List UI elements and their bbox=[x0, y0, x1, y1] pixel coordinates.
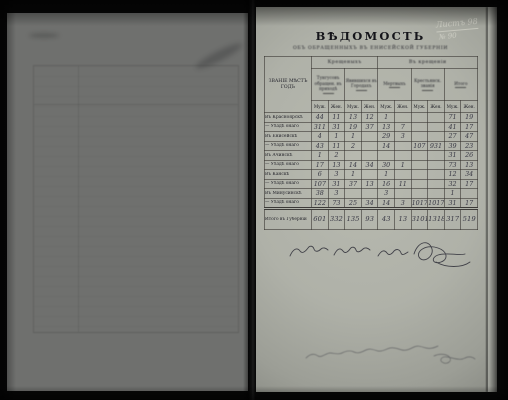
data-cell bbox=[394, 170, 411, 180]
data-cell: 17 bbox=[461, 179, 478, 189]
data-cell bbox=[361, 132, 378, 142]
data-cell bbox=[411, 160, 428, 170]
data-cell: 11 bbox=[394, 179, 411, 189]
column-group-header: Въ крещеніи bbox=[378, 57, 478, 69]
data-cell: 47 bbox=[461, 132, 478, 142]
data-cell bbox=[428, 132, 445, 142]
table-row: — Уѣздѣ онаго3113119371374117 bbox=[265, 122, 478, 132]
pencil-footnote bbox=[300, 342, 492, 372]
right-page: Листъ 98 № 90 ВѢДОМОСТЬ ОБЪ ОБРАЩЕННЫХЪ … bbox=[256, 7, 497, 392]
data-cell bbox=[428, 151, 445, 161]
sex-header: Муж. bbox=[411, 101, 428, 113]
data-cell: 1 bbox=[312, 151, 329, 161]
data-cell: 1 bbox=[328, 132, 345, 142]
total-cell: 519 bbox=[461, 208, 478, 229]
data-cell: 13 bbox=[328, 160, 345, 170]
data-cell bbox=[378, 151, 395, 161]
total-cell: 13 bbox=[394, 208, 411, 229]
data-cell: 14 bbox=[378, 141, 395, 151]
page-title: ВѢДОМОСТЬ bbox=[264, 29, 477, 43]
data-cell bbox=[411, 132, 428, 142]
data-cell: 3 bbox=[378, 189, 395, 199]
data-cell: 31 bbox=[444, 198, 461, 208]
data-cell bbox=[345, 151, 362, 161]
subheader-label: Мертвыхъ bbox=[378, 81, 410, 86]
row-label: — Уѣздѣ онаго bbox=[265, 179, 312, 189]
data-cell: 3 bbox=[328, 189, 345, 199]
subheader-rule bbox=[389, 87, 400, 88]
data-cell bbox=[428, 170, 445, 180]
data-cell bbox=[361, 170, 378, 180]
data-cell: 931 bbox=[428, 141, 445, 151]
column-subheader: Тунгусовъ обращен. въ приходѣ bbox=[312, 69, 345, 101]
data-cell: 4 bbox=[312, 132, 329, 142]
data-cell: 2 bbox=[345, 141, 362, 151]
sex-header: Жен. bbox=[328, 101, 345, 113]
data-cell: 1 bbox=[444, 189, 461, 199]
sex-header: Муж. bbox=[444, 101, 461, 113]
governor-signature bbox=[286, 232, 484, 274]
data-cell bbox=[411, 179, 428, 189]
data-cell: 2 bbox=[328, 151, 345, 161]
data-cell: 1017 bbox=[428, 198, 445, 208]
data-cell: 14 bbox=[378, 198, 395, 208]
data-cell: 39 bbox=[444, 141, 461, 151]
subheader-rule bbox=[422, 90, 433, 91]
column-subheader: Крестьянск. званія bbox=[411, 69, 444, 101]
data-cell: 34 bbox=[361, 160, 378, 170]
data-cell: 71 bbox=[444, 113, 461, 123]
data-cell: 37 bbox=[361, 122, 378, 132]
table-row: — Уѣздѣ онаго43112141079313923 bbox=[265, 141, 478, 151]
data-cell: 17 bbox=[312, 160, 329, 170]
subheader-label: Крестьянск. званія bbox=[412, 78, 444, 89]
data-cell bbox=[428, 113, 445, 123]
data-cell: 1 bbox=[345, 170, 362, 180]
data-cell: 1017 bbox=[411, 198, 428, 208]
row-label: Въ Ачинскѣ bbox=[265, 151, 312, 161]
data-cell: 31 bbox=[328, 122, 345, 132]
table-row: Въ Красноярскѣ4411131217119 bbox=[265, 113, 478, 123]
data-cell bbox=[428, 160, 445, 170]
ink-smudge bbox=[29, 33, 59, 38]
data-cell: 1 bbox=[378, 170, 395, 180]
data-cell: 12 bbox=[444, 170, 461, 180]
data-cell: 11 bbox=[328, 113, 345, 123]
subheader-label: Тунгусовъ обращен. въ приходѣ bbox=[312, 75, 344, 91]
data-cell bbox=[411, 113, 428, 123]
subheader-rule bbox=[356, 90, 367, 91]
total-cell: 332 bbox=[328, 208, 345, 229]
data-cell: 19 bbox=[461, 113, 478, 123]
subheader-rule bbox=[323, 93, 334, 94]
bleedthrough-table-ghost bbox=[33, 65, 239, 333]
corner-header-line1: ЗВАНІЕ МѢСТЪ bbox=[265, 79, 311, 85]
data-cell: 11 bbox=[328, 141, 345, 151]
data-cell: 13 bbox=[378, 122, 395, 132]
data-cell: 34 bbox=[461, 170, 478, 180]
data-cell bbox=[361, 151, 378, 161]
table-row: — Уѣздѣ онаго122732534143101710173117 bbox=[265, 198, 478, 208]
data-cell: 122 bbox=[312, 198, 329, 208]
subheader-label: Итого bbox=[445, 81, 477, 86]
data-cell: 30 bbox=[378, 160, 395, 170]
data-cell bbox=[411, 170, 428, 180]
sex-header: Жен. bbox=[361, 101, 378, 113]
sex-header: Муж. bbox=[312, 101, 329, 113]
total-cell: 601 bbox=[312, 208, 329, 229]
data-cell: 1 bbox=[345, 132, 362, 142]
data-cell bbox=[411, 189, 428, 199]
table-row: — Уѣздѣ онаго171314343017313 bbox=[265, 160, 478, 170]
total-cell: 135 bbox=[345, 208, 362, 229]
table-corner-header: ЗВАНІЕ МѢСТЪГОДЪ bbox=[265, 57, 312, 113]
data-cell: 13 bbox=[345, 113, 362, 123]
data-cell bbox=[394, 189, 411, 199]
total-cell: 93 bbox=[361, 208, 378, 229]
row-label: Въ Енисейскѣ bbox=[265, 132, 312, 142]
total-cell: 317 bbox=[444, 208, 461, 229]
corner-header-line2: ГОДЪ bbox=[265, 85, 311, 91]
table-row: Въ Канскѣ63111234 bbox=[265, 170, 478, 180]
left-page bbox=[7, 13, 248, 391]
header-group-row: ЗВАНІЕ МѢСТЪГОДЪКрещеныхъВъ крещеніи bbox=[265, 57, 478, 69]
data-cell: 19 bbox=[345, 122, 362, 132]
data-cell: 3 bbox=[394, 132, 411, 142]
data-cell: 6 bbox=[312, 170, 329, 180]
row-label: — Уѣздѣ онаго bbox=[265, 160, 312, 170]
data-cell bbox=[428, 122, 445, 132]
page-edge bbox=[488, 7, 497, 392]
data-cell bbox=[411, 151, 428, 161]
sex-header: Жен. bbox=[394, 101, 411, 113]
sex-header: Муж. bbox=[378, 101, 395, 113]
data-cell bbox=[428, 189, 445, 199]
data-cell: 3 bbox=[328, 170, 345, 180]
column-subheader: Итого bbox=[444, 69, 477, 101]
data-cell: 1 bbox=[378, 113, 395, 123]
total-label: Итого въ Губерніи bbox=[265, 208, 312, 229]
column-group-header: Крещеныхъ bbox=[312, 57, 378, 69]
data-cell bbox=[361, 189, 378, 199]
data-cell: 3 bbox=[394, 198, 411, 208]
page-subtitle: ОБЪ ОБРАЩЕННЫХЪ ВЪ ЕНИСЕЙСКОЙ ГУБЕРНІИ bbox=[264, 46, 477, 51]
sex-header: Жен. bbox=[428, 101, 445, 113]
data-cell: 27 bbox=[444, 132, 461, 142]
data-cell: 38 bbox=[312, 189, 329, 199]
data-cell: 107 bbox=[312, 179, 329, 189]
column-subheader: Мертвыхъ bbox=[378, 69, 411, 101]
data-cell: 34 bbox=[361, 198, 378, 208]
data-cell: 23 bbox=[461, 141, 478, 151]
data-cell bbox=[394, 113, 411, 123]
total-row: Итого въ Губерніи60133213593431331011318… bbox=[265, 208, 478, 229]
total-cell: 3101 bbox=[411, 208, 428, 229]
data-cell bbox=[461, 189, 478, 199]
data-cell: 1 bbox=[394, 160, 411, 170]
book-photo: Листъ 98 № 90 ВѢДОМОСТЬ ОБЪ ОБРАЩЕННЫХЪ … bbox=[0, 0, 508, 400]
total-cell: 43 bbox=[378, 208, 395, 229]
data-cell: 13 bbox=[361, 179, 378, 189]
data-cell: 7 bbox=[394, 122, 411, 132]
data-cell: 311 bbox=[312, 122, 329, 132]
table-row: Въ Минусинскѣ38331 bbox=[265, 189, 478, 199]
statistics-table: ЗВАНІЕ МѢСТЪГОДЪКрещеныхъВъ крещеніиТунг… bbox=[264, 56, 477, 230]
subheader-label: Явившихся въ Городахъ bbox=[345, 78, 377, 89]
data-cell: 32 bbox=[444, 179, 461, 189]
sex-header: Муж. bbox=[345, 101, 362, 113]
data-cell bbox=[411, 122, 428, 132]
data-cell: 107 bbox=[411, 141, 428, 151]
row-label: Въ Минусинскѣ bbox=[265, 189, 312, 199]
row-label: — Уѣздѣ онаго bbox=[265, 122, 312, 132]
table-row: — Уѣздѣ онаго10731371316113217 bbox=[265, 179, 478, 189]
data-cell: 31 bbox=[444, 151, 461, 161]
column-subheader: Явившихся въ Городахъ bbox=[345, 69, 378, 101]
row-label: — Уѣздѣ онаго bbox=[265, 198, 312, 208]
data-cell: 31 bbox=[328, 179, 345, 189]
data-cell bbox=[428, 179, 445, 189]
table-row: Въ Ачинскѣ123126 bbox=[265, 151, 478, 161]
row-label: Въ Красноярскѣ bbox=[265, 113, 312, 123]
data-cell: 26 bbox=[461, 151, 478, 161]
data-cell bbox=[394, 141, 411, 151]
data-cell: 73 bbox=[328, 198, 345, 208]
data-cell: 14 bbox=[345, 160, 362, 170]
table-row: Въ Енисейскѣ4112932747 bbox=[265, 132, 478, 142]
data-cell: 17 bbox=[461, 122, 478, 132]
data-cell: 29 bbox=[378, 132, 395, 142]
data-cell: 41 bbox=[444, 122, 461, 132]
data-cell bbox=[361, 141, 378, 151]
total-cell: 1318 bbox=[428, 208, 445, 229]
data-cell: 37 bbox=[345, 179, 362, 189]
data-cell: 25 bbox=[345, 198, 362, 208]
data-cell: 12 bbox=[361, 113, 378, 123]
data-cell: 16 bbox=[378, 179, 395, 189]
sex-header: Жен. bbox=[461, 101, 478, 113]
data-cell bbox=[394, 151, 411, 161]
data-cell: 44 bbox=[312, 113, 329, 123]
statistics-table-grid: ЗВАНІЕ МѢСТЪГОДЪКрещеныхъВъ крещеніиТунг… bbox=[264, 56, 478, 230]
data-cell: 43 bbox=[312, 141, 329, 151]
data-cell: 13 bbox=[461, 160, 478, 170]
data-cell: 73 bbox=[444, 160, 461, 170]
data-cell bbox=[345, 189, 362, 199]
row-label: Въ Канскѣ bbox=[265, 170, 312, 180]
data-cell: 17 bbox=[461, 198, 478, 208]
subheader-rule bbox=[455, 87, 466, 88]
row-label: — Уѣздѣ онаго bbox=[265, 141, 312, 151]
